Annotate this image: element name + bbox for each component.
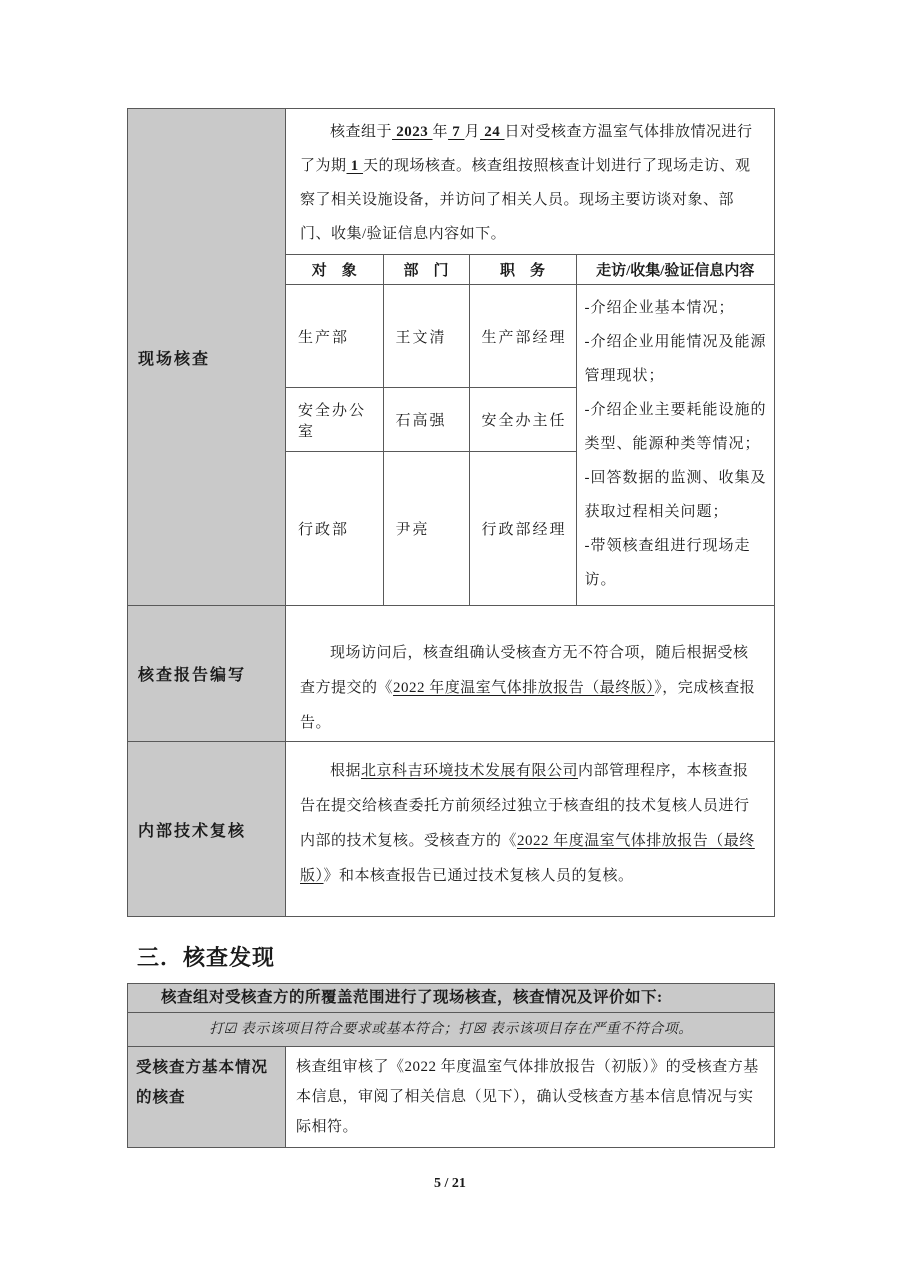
table-row-basic-info-check: 受核查方基本情况的核查 核查组审核了《2022 年度温室气体排放报告（初版）》的… [128, 1047, 774, 1147]
col-header-info: 走访/收集/验证信息内容 [576, 255, 774, 285]
findings-table: 核查组对受核查方的所覆盖范围进行了现场核查，核查情况及评价如下: 打☑ 表示该项… [127, 983, 775, 1148]
info-item: -介绍企业主要耗能设施的类型、能源种类等情况； [585, 393, 769, 461]
info-item: -介绍企业基本情况； [585, 291, 769, 325]
interview-table: 对 象 部 门 职 务 走访/收集/验证信息内容 生产部 王文清 生产部经理 -… [286, 254, 774, 605]
verification-process-table: 现场核查 核查组于 2023 年 7 月 24 日对受核查方温室气体排放情况进行… [127, 108, 775, 917]
cell-title: 生产部经理 [469, 285, 576, 388]
info-item: -带领核查组进行现场走访。 [585, 529, 769, 597]
cell-person: 王文清 [383, 285, 469, 388]
row-label-internal-review: 内部技术复核 [128, 742, 286, 916]
section-heading: 三．核查发现 [137, 941, 275, 972]
col-header-title: 职 务 [469, 255, 576, 285]
cell-department: 生产部 [286, 285, 383, 388]
row-label-basic-info-check: 受核查方基本情况的核查 [128, 1047, 286, 1147]
info-item: -介绍企业用能情况及能源管理现状； [585, 325, 769, 393]
table-row: 生产部 王文清 生产部经理 -介绍企业基本情况； -介绍企业用能情况及能源管理现… [286, 285, 774, 388]
page-number: 5 / 21 [0, 1176, 900, 1192]
interview-table-header-row: 对 象 部 门 职 务 走访/收集/验证信息内容 [286, 255, 774, 285]
cell-title: 行政部经理 [469, 452, 576, 605]
col-header-department: 部 门 [383, 255, 469, 285]
table-row-internal-review: 内部技术复核 根据北京科吉环境技术发展有限公司内部管理程序，本核查报告在提交给核… [128, 742, 774, 916]
row-label-onsite-verification: 现场核查 [128, 109, 286, 605]
internal-review-paragraph: 根据北京科吉环境技术发展有限公司内部管理程序，本核查报告在提交给核查委托方前须经… [286, 742, 774, 894]
report-writing-paragraph: 现场访问后，核查组确认受核查方无不符合项，随后根据受核查方提交的《2022 年度… [286, 606, 774, 741]
cell-department: 行政部 [286, 452, 383, 605]
document-page: 现场核查 核查组于 2023 年 7 月 24 日对受核查方温室气体排放情况进行… [0, 0, 900, 1273]
basic-info-check-content: 核查组审核了《2022 年度温室气体排放报告（初版）》的受核查方基本信息，审阅了… [286, 1047, 774, 1147]
cell-title: 安全办主任 [469, 387, 576, 451]
table-row-report-writing: 核查报告编写 现场访问后，核查组确认受核查方无不符合项，随后根据受核查方提交的《… [128, 606, 774, 742]
internal-review-content: 根据北京科吉环境技术发展有限公司内部管理程序，本核查报告在提交给核查委托方前须经… [286, 742, 774, 916]
cell-department: 安全办公室 [286, 387, 383, 451]
onsite-paragraph: 核查组于 2023 年 7 月 24 日对受核查方温室气体排放情况进行了为期 1… [286, 109, 774, 254]
findings-table-header: 核查组对受核查方的所覆盖范围进行了现场核查，核查情况及评价如下: [128, 984, 774, 1013]
report-writing-content: 现场访问后，核查组确认受核查方无不符合项，随后根据受核查方提交的《2022 年度… [286, 606, 774, 741]
table-row-onsite-verification: 现场核查 核查组于 2023 年 7 月 24 日对受核查方温室气体排放情况进行… [128, 109, 774, 606]
cell-info-content: -介绍企业基本情况； -介绍企业用能情况及能源管理现状； -介绍企业主要耗能设施… [576, 285, 774, 605]
findings-legend: 打☑ 表示该项目符合要求或基本符合；打☒ 表示该项目存在严重不符合项。 [128, 1013, 774, 1047]
col-header-object: 对 象 [286, 255, 383, 285]
row-label-report-writing: 核查报告编写 [128, 606, 286, 741]
info-item: -回答数据的监测、收集及获取过程相关问题； [585, 461, 769, 529]
onsite-verification-content: 核查组于 2023 年 7 月 24 日对受核查方温室气体排放情况进行了为期 1… [286, 109, 774, 605]
cell-person: 尹亮 [383, 452, 469, 605]
cell-person: 石高强 [383, 387, 469, 451]
